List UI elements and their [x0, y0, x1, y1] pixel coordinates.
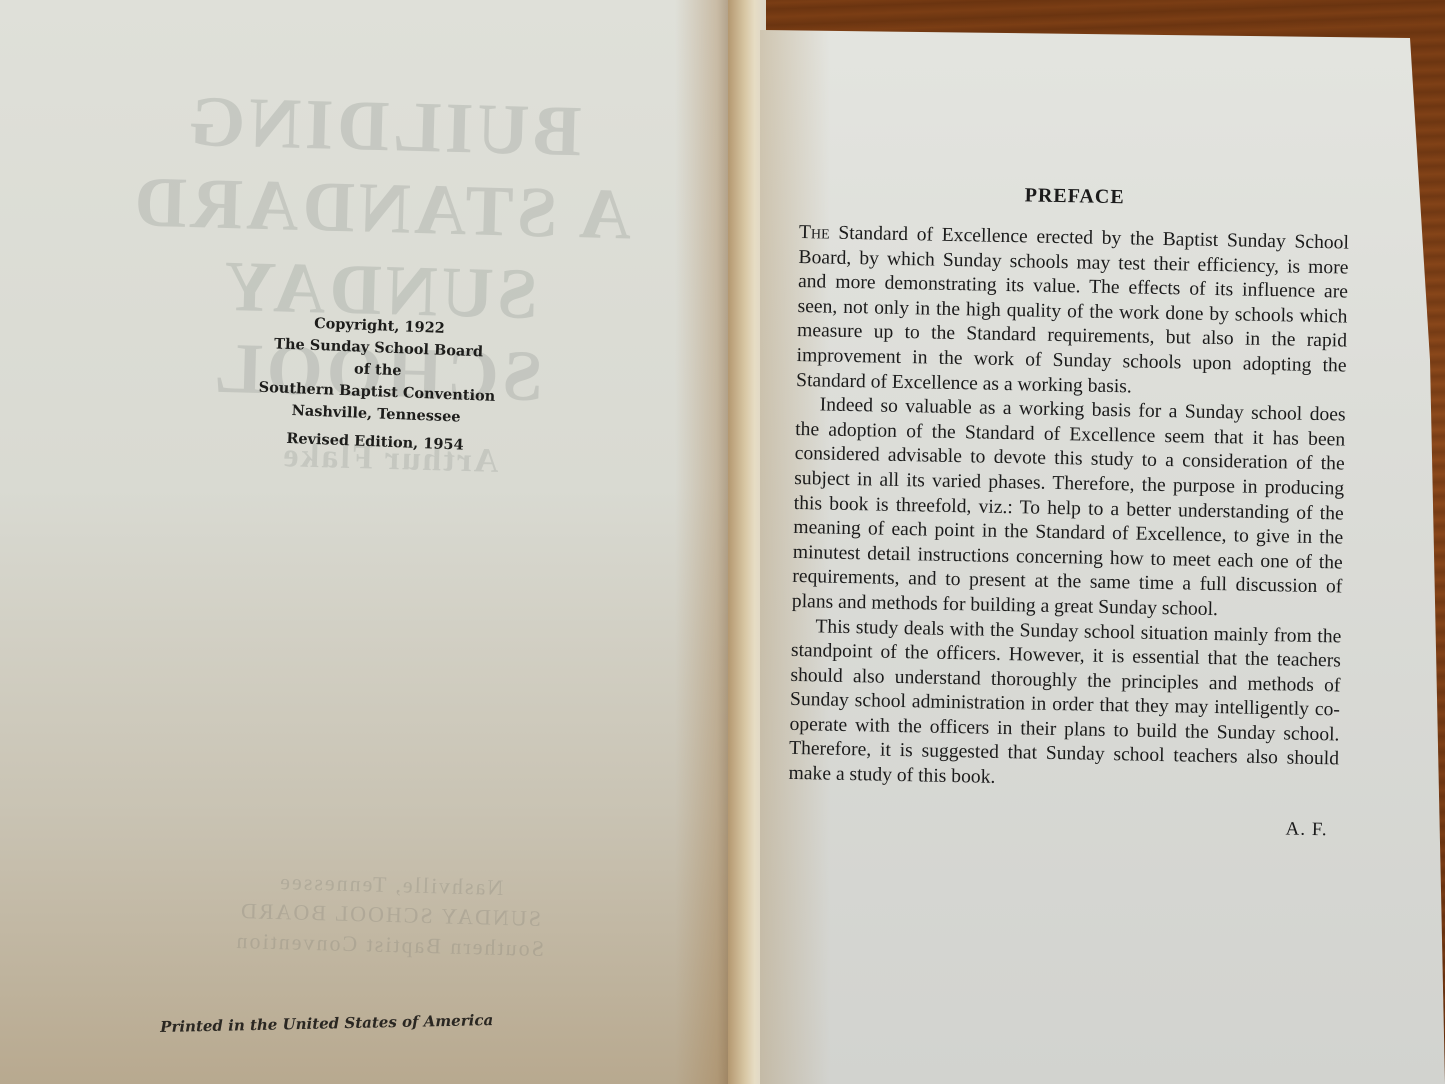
- preface-paragraph-3: This study deals with the Sunday school …: [788, 614, 1341, 797]
- left-page-copyright: BUILDING A STANDARD SUNDAY SCHOOL Arthur…: [0, 0, 735, 1084]
- copyright-notice: Copyright, 1922 The Sunday School Board …: [235, 310, 520, 459]
- preface-paragraph-1-text: Standard of Excellence erected by the Ba…: [796, 223, 1349, 397]
- bleed-through-publisher: Nashville, Tennessee SUNDAY SCHOOL BOARD…: [199, 865, 581, 965]
- bleed-title-line: BUILDING: [82, 77, 684, 175]
- preface-paragraph-1: The Standard of Excellence erected by th…: [796, 221, 1349, 404]
- preface-lead-word: The: [799, 222, 830, 244]
- bleed-title-line: A STANDARD: [80, 159, 682, 257]
- preface-paragraph-2: Indeed so valuable as a working basis fo…: [792, 393, 1346, 625]
- preface-content: PREFACE The Standard of Excellence erect…: [788, 180, 1350, 841]
- printed-in-usa: Printed in the United States of America: [160, 1010, 560, 1036]
